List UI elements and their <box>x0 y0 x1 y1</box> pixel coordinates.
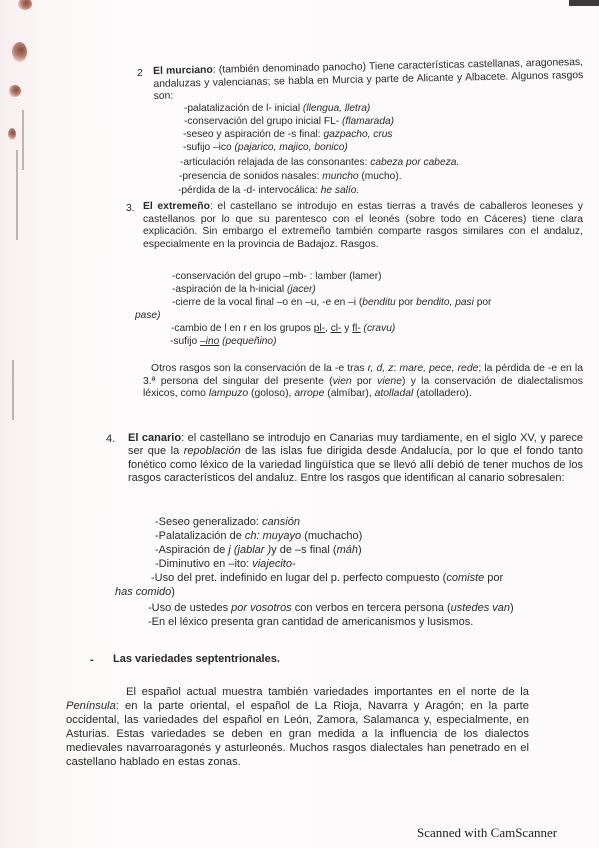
text: (goloso), <box>248 388 294 399</box>
feature-example: (pajarico, majico, bonico) <box>235 142 348 153</box>
feature-item: -aspiración de la h-inicial (jacer) <box>172 284 316 295</box>
section-4-title: El canario <box>128 432 181 444</box>
example: lampuzo <box>209 388 248 399</box>
feature-item: -pérdida de la -d- intervocálica: he sal… <box>178 185 359 196</box>
punch-hole-mark <box>8 128 16 140</box>
example: vien <box>333 376 352 387</box>
example: arrope <box>294 388 324 399</box>
punch-hole-mark <box>18 0 32 10</box>
feature-text: -Aspiración de <box>155 544 228 556</box>
feature-item: -sufijo –ino (pequeñino) <box>170 336 277 347</box>
feature-text: -presencia de sonidos nasales: <box>179 171 322 182</box>
feature-text: -Seseo generalizado: <box>155 516 262 528</box>
feature-gloss: por <box>484 572 503 584</box>
feature-example: viajecito- <box>252 558 295 570</box>
feature-gloss: (lamer) <box>346 271 381 282</box>
feature-text: -sufijo <box>170 336 200 347</box>
section-4-number: 4. <box>106 433 115 445</box>
section-3-intro: El extremeño: el castellano se introdujo… <box>143 201 583 251</box>
scanned-page: 2 El murciano: (también denominado panoc… <box>0 0 599 848</box>
feature-text: -articulación relajada de las consonante… <box>180 157 370 168</box>
feature-example: j (jablar ) <box>228 544 271 556</box>
section-2-intro: El murciano: (también denominado panocho… <box>153 57 584 104</box>
feature-text: -Uso del pret. indefinido en lugar del p… <box>151 572 446 584</box>
feature-gloss: ) <box>171 586 175 598</box>
feature-item: -Diminutivo en –ito: viajecito- <box>155 558 296 570</box>
punch-hole-mark <box>9 85 21 97</box>
feature-text: -conservación del grupo inicial FL- <box>184 116 342 127</box>
section-2-number: 2 <box>137 68 143 79</box>
feature-example: (pequeñino) <box>219 336 276 347</box>
north-paragraph: El español actual muestra también varied… <box>66 685 529 769</box>
feature-item: -sufijo –ico (pajarico, majico, bonico) <box>183 142 348 153</box>
emphasis: Península <box>66 700 116 712</box>
feature-gloss: ) <box>510 602 514 614</box>
text: Otros rasgos son la conservación de la -… <box>151 363 368 374</box>
feature-example: comiste <box>446 572 484 584</box>
feature-example: benditu <box>362 297 395 308</box>
section-bullet: - <box>90 654 94 666</box>
feature-suffix: –ino <box>200 336 219 347</box>
feature-text: -pérdida de la -d- intervocálica: <box>178 185 321 196</box>
feature-group: pl- <box>314 323 325 334</box>
feature-example: cansión <box>262 516 300 528</box>
feature-gloss: ) <box>358 544 362 556</box>
feature-item: -presencia de sonidos nasales: muncho (m… <box>179 171 402 182</box>
separator: y <box>341 323 352 334</box>
feature-item-continuation: pase) <box>135 310 160 321</box>
feature-text: -cierre de la vocal final –o en –u, -e e… <box>172 297 362 308</box>
feature-item: -Aspiración de j (jablar )y de –s final … <box>155 544 362 556</box>
feature-example: muncho <box>322 171 358 182</box>
feature-item: -conservación del grupo –mb- : lamber (l… <box>172 271 382 282</box>
example: atolladal <box>375 388 414 399</box>
feature-gloss: con verbos en tercera persona ( <box>292 602 451 614</box>
example: r, d, z <box>368 363 394 374</box>
feature-example: has comido <box>115 586 171 598</box>
text: (almíbar), <box>324 388 374 399</box>
page-edge-mark <box>12 360 14 420</box>
text: (atolladero). <box>413 388 471 399</box>
feature-item: -seseo y aspiración de -s final: gazpach… <box>183 129 393 140</box>
feature-gloss: (muchacho) <box>301 530 362 542</box>
feature-gloss: por <box>396 297 416 308</box>
section-3-intro-text: : el castellano se introdujo en estas ti… <box>143 201 583 250</box>
feature-example: gazpacho, crus <box>323 129 392 140</box>
feature-item: -Palatalización de ch: muyayo (muchacho) <box>155 530 362 542</box>
feature-text: -seseo y aspiración de -s final: <box>183 129 323 140</box>
feature-example: (cravu) <box>361 323 396 334</box>
feature-example: he salío. <box>321 185 360 196</box>
feature-group: cl- <box>331 323 342 334</box>
feature-gloss: y de –s final ( <box>271 544 336 556</box>
page-edge-mark <box>16 150 18 240</box>
feature-group: fl- <box>352 323 361 334</box>
feature-text: -palatalización de l- inicial <box>184 103 303 114</box>
punch-hole-mark <box>12 42 27 62</box>
feature-gloss: por <box>474 297 492 308</box>
feature-text: -Diminutivo en –ito: <box>155 558 252 570</box>
section-3-title: El extremeño <box>143 201 210 212</box>
text: El español actual muestra también varied… <box>126 686 529 698</box>
feature-item: -palatalización de l- inicial (llengua, … <box>184 103 370 114</box>
camscanner-watermark: Scanned with CamScanner <box>417 825 557 841</box>
feature-item: -cierre de la vocal final –o en –u, -e e… <box>172 297 491 308</box>
feature-item: -Uso del pret. indefinido en lugar del p… <box>151 572 503 584</box>
feature-item: -articulación relajada de las consonante… <box>180 157 459 168</box>
emphasis: repoblación <box>184 445 241 457</box>
feature-text: -cambio de l en r en los grupos <box>171 323 314 334</box>
example: mare, pece, rede <box>399 363 478 374</box>
feature-example: cabeza por cabeza. <box>370 157 459 168</box>
feature-gloss: (mucho). <box>359 171 402 182</box>
feature-text: -sufijo –ico <box>183 142 235 153</box>
feature-example: pase) <box>135 310 160 321</box>
feature-example: lamber <box>315 271 346 282</box>
section-3-number: 3. <box>126 203 135 214</box>
feature-text: -En el léxico presenta gran cantidad de … <box>148 616 473 628</box>
feature-example: ustedes van <box>451 602 510 614</box>
feature-text: -Palatalización de <box>155 530 245 542</box>
feature-text: -Uso de ustedes <box>148 602 231 614</box>
feature-example: (llengua, lletra) <box>303 103 370 114</box>
example: viene <box>377 376 402 387</box>
feature-item: -conservación del grupo inicial FL- (fla… <box>184 116 394 127</box>
feature-item: -cambio de l en r en los grupos pl-, cl-… <box>171 323 395 334</box>
section-heading: Las variedades septentrionales. <box>113 653 280 665</box>
feature-example: por vosotros <box>231 602 292 614</box>
feature-text: -conservación del grupo –mb- : <box>172 271 315 282</box>
text: : en la parte oriental, el español de La… <box>66 700 529 768</box>
text: por <box>352 376 378 387</box>
feature-item: -Uso de ustedes por vosotros con verbos … <box>148 602 514 614</box>
feature-example: ch: muyayo <box>245 530 301 542</box>
section-4-intro: El canario: el castellano se introdujo e… <box>128 432 583 486</box>
feature-item: -Seseo generalizado: cansión <box>155 516 300 528</box>
page-edge-mark <box>22 110 24 170</box>
feature-example: (flamarada) <box>342 116 394 127</box>
corner-scan-mark <box>569 0 599 6</box>
section-2-title: El murciano <box>153 65 213 77</box>
feature-item: -En el léxico presenta gran cantidad de … <box>148 616 473 628</box>
feature-example: máh <box>337 544 358 556</box>
feature-example: (jacer) <box>287 284 316 295</box>
section-2-intro-text: : (también denominado panocho) Tiene car… <box>153 57 583 102</box>
feature-item-continuation: has comido) <box>115 586 175 598</box>
section-3-other-features: Otros rasgos son la conservación de la -… <box>143 363 583 401</box>
feature-text: -aspiración de la h-inicial <box>172 284 287 295</box>
feature-example: bendito, pasi <box>416 297 474 308</box>
